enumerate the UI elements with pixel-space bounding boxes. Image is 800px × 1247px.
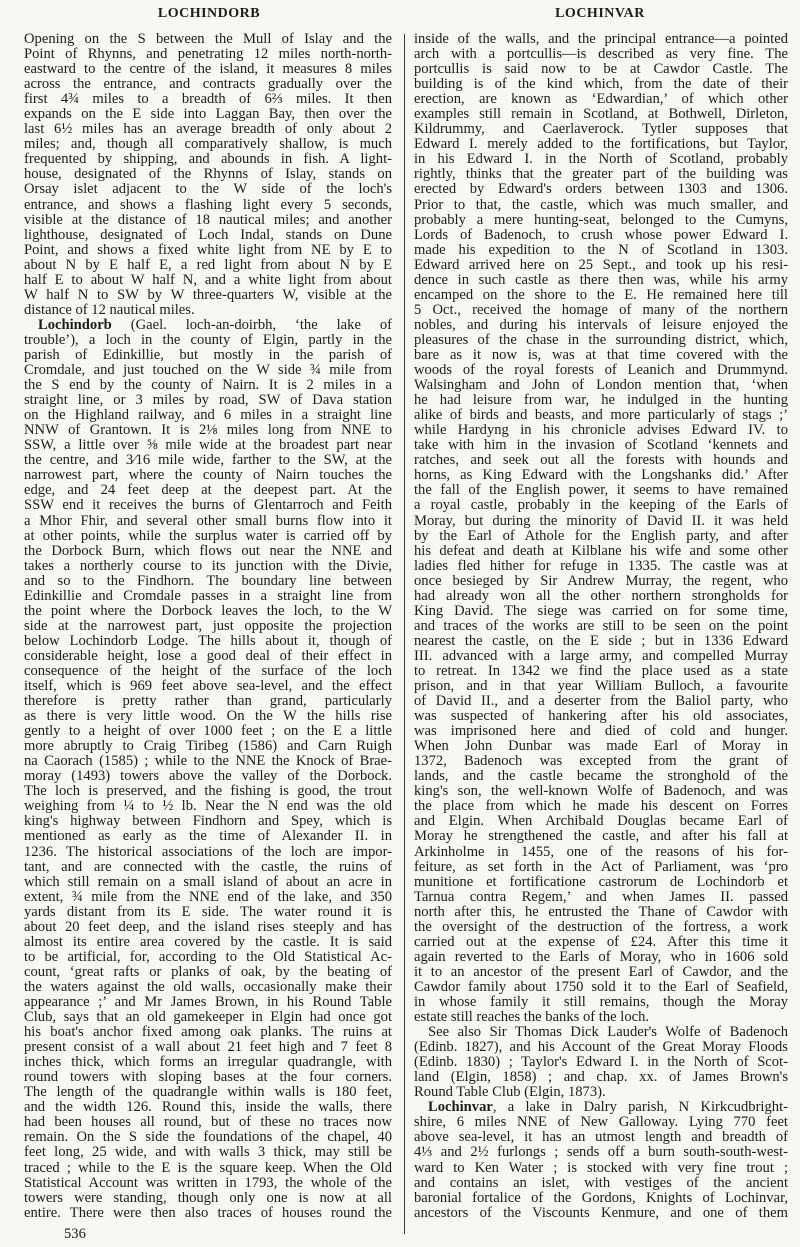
text-line: inside of the walls, and the principal e… [414, 32, 788, 47]
entry-headword: Lochindorb [38, 317, 112, 333]
text-line: on the Highland railway, and 6 miles in … [24, 408, 392, 423]
running-header-left: LOCHINDORB [24, 6, 394, 24]
text-line: Edinkillie and Cromdale passes in a stra… [24, 589, 392, 604]
text-line: about 20 feet deep, and the island rises… [24, 920, 392, 935]
text-line: and the width 126. Round this, inside th… [24, 1100, 392, 1115]
text-line: SSW end it receives the burns of Glentar… [24, 498, 392, 513]
text-line: Opening on the S between the Mull of Isl… [24, 32, 392, 47]
text-line: weighing from ¼ to ½ lb. Near the N end … [24, 799, 392, 814]
text-line: parish of Edinkillie, but mostly in the … [24, 348, 392, 363]
text-line: considerable height, lose a good deal of… [24, 649, 392, 664]
text-line: 5 Oct., received the homage of many of t… [414, 303, 788, 318]
text-line: Edward I. merely added to the fortificat… [414, 137, 788, 152]
text-line: King David. The siege was carried on for… [414, 604, 788, 619]
text-line: land (Elgin, 1858) ; and chap. xx. of Ja… [414, 1070, 788, 1085]
text-line: inches thick, which forms an irregular q… [24, 1055, 392, 1070]
right-text-column: inside of the walls, and the principal e… [414, 32, 788, 1221]
text-line: Lords of Badenoch, to crush whose power … [414, 228, 788, 243]
text-line: take with him in the invasion of Scotlan… [414, 438, 788, 453]
text-line: his defeat and death at Kilblane his wif… [414, 544, 788, 559]
running-header-right: LOCHINVAR [415, 6, 785, 24]
text-line: present consist of a wall about 21 feet … [24, 1040, 392, 1055]
text-line: remain. On the S side the foundations of… [24, 1130, 392, 1145]
text-line: III. advanced with a large army, and com… [414, 649, 788, 664]
text-line: of David II., and a deserter from the Ba… [414, 694, 788, 709]
text-line: appearance ;’ and Mr James Brown, in his… [24, 995, 392, 1010]
text-line: yards distant from its E side. The water… [24, 905, 392, 920]
text-line: na Caorach (1585) ; while to the NNE the… [24, 754, 392, 769]
text-line: the waters against the old walls, occasi… [24, 980, 392, 995]
text-line: Club, says that an old gamekeeper in Elg… [24, 1010, 392, 1025]
text-line: dence in such castle as there then was, … [414, 273, 788, 288]
text-line: was imprisoned here and died of cold and… [414, 724, 788, 739]
text-line: carried out at the expense of £24. After… [414, 935, 788, 950]
text-line: the fall of the English power, it seems … [414, 483, 788, 498]
text-line: takes a northerly course to its junction… [24, 559, 392, 574]
text-line: Statistical Account was written in 1793,… [24, 1176, 392, 1191]
text-line: edge, and 24 feet deep at the deepest pa… [24, 483, 392, 498]
text-line: shire, 6 miles NNE of New Galloway. Lyin… [414, 1115, 788, 1130]
text-line: woods of the royal forests of Leanich an… [414, 363, 788, 378]
text-line: it to an ancestor of the present Earl of… [414, 965, 788, 980]
text-line: The length of the quadrangle within wall… [24, 1085, 392, 1100]
text-line: had been houses all round, but of these … [24, 1115, 392, 1130]
text-line: Lochindorb (Gael. loch-an-doirbh, ‘the l… [24, 318, 392, 333]
left-text-column: Opening on the S between the Mull of Isl… [24, 32, 392, 1221]
text-line: Tarnua contra Regem,’ and when James II.… [414, 890, 788, 905]
text-line: 4⅓ and 2½ furlongs ; sends off a burn so… [414, 1145, 788, 1160]
text-line: miles; and, though all comparatively sha… [24, 137, 392, 152]
text-line: feet long, 25 wide, and with walls 3 thi… [24, 1145, 392, 1160]
text-line: Arkinholme in 1455, one of the reasons o… [414, 845, 788, 860]
text-line: made his expedition to the N of Scotland… [414, 243, 788, 258]
text-line: last 6½ miles has an average breadth of … [24, 122, 392, 137]
text-line: Prior to that, the castle, which was muc… [414, 198, 788, 213]
text-line: about N by E half E, a red light from ab… [24, 258, 392, 273]
text-line: and Elgin. When Archibald Douglas became… [414, 814, 788, 829]
text-line: round towers with sloping bases at the f… [24, 1070, 392, 1085]
encyclopedia-page: LOCHINDORB LOCHINVAR Opening on the S be… [0, 0, 800, 1247]
entry-headword: Lochinvar [428, 1099, 493, 1115]
text-line: ancestors of the Viscounts Kenmure, and … [414, 1206, 788, 1221]
text-line: frequented by shipping, and abounds in f… [24, 152, 392, 167]
text-line: 1236. The historical associations of the… [24, 845, 392, 860]
text-line: ratches, and seek out all the forests wi… [414, 453, 788, 468]
text-line: below Lochindorb Lodge. The hills about … [24, 634, 392, 649]
text-line: he had leisure from war, he indulged in … [414, 393, 788, 408]
text-line: visible at the distance of 18 nautical m… [24, 213, 392, 228]
text-line: nobles, and during his intervals of leis… [414, 318, 788, 333]
text-line: had already won all the other northern s… [414, 589, 788, 604]
text-line: (Edinb. 1827), and his Account of the Gr… [414, 1040, 788, 1055]
text-line: extent, ¾ mile from the NNE end of the l… [24, 890, 392, 905]
text-line: erection, are known as ‘Edwardian,’ of w… [414, 92, 788, 107]
text-line: portcullis is said now to be at Cawdor C… [414, 62, 788, 77]
text-line: the place from which he made his descent… [414, 799, 788, 814]
text-line: in whose family it still remains, though… [414, 995, 788, 1010]
text-line: and traces of the works are still to be … [414, 619, 788, 634]
text-line: while Hardyng in his chronicle advises E… [414, 423, 788, 438]
text-line: See also Sir Thomas Dick Lauder's Wolfe … [414, 1025, 788, 1040]
text-line: Point, and shows a fixed white light fro… [24, 243, 392, 258]
text-line: prison, and in that year William Bulloch… [414, 679, 788, 694]
text-line: to retreat. In 1342 we find the place us… [414, 664, 788, 679]
text-line: building is of the kind which, from the … [414, 77, 788, 92]
text-line: erected by Edward's orders between 1303 … [414, 182, 788, 197]
text-line: moray (1493) towers above the valley of … [24, 769, 392, 784]
text-line: trouble’), a loch in the county of Elgin… [24, 333, 392, 348]
text-line: almost its entire area covered by the ca… [24, 935, 392, 950]
text-line: half E to about W half N, and a white li… [24, 273, 392, 288]
text-line: itself, which is 969 feet above sea-leve… [24, 679, 392, 694]
text-line: once besieged by Sir Andrew Murray, the … [414, 574, 788, 589]
text-line: the Dorbock Burn, which flows out near t… [24, 544, 392, 559]
text-line: entrance, and shows a flashing light eve… [24, 198, 392, 213]
text-line: the S end by the county of Nairn. It is … [24, 378, 392, 393]
text-line: (Edinb. 1830) ; Taylor's Edward I. in th… [414, 1055, 788, 1070]
text-line: eastward to the centre of the island, it… [24, 62, 392, 77]
text-line: towers were standing, though only one is… [24, 1191, 392, 1206]
text-line: tant, and are connected with the castle,… [24, 860, 392, 875]
text-line: in his Edward I. in the North of Scotlan… [414, 152, 788, 167]
text-line: The loch is preserved, and the fishing i… [24, 784, 392, 799]
text-line: above sea-level, it has an utmost length… [414, 1130, 788, 1145]
text-line: arch with a portcullis—is described as v… [414, 47, 788, 62]
text-line: which still remain on a small island of … [24, 875, 392, 890]
text-line: therefore is pretty rather than grand, p… [24, 694, 392, 709]
text-line: king's highway between Findhorn and Spey… [24, 814, 392, 829]
text-line: horns, as King Edward with the Longshank… [414, 468, 788, 483]
text-line: consequence of the height of the surface… [24, 664, 392, 679]
text-line: munitione et fortificatione castrorum de… [414, 875, 788, 890]
text-line: Edward arrived here on 25 Sept., and too… [414, 258, 788, 273]
text-line: count, ‘great rafts or planks of oak, by… [24, 965, 392, 980]
text-line: Lochinvar, a lake in Dalry parish, N Kir… [414, 1100, 788, 1115]
text-line: mentioned as early as the time of Alexan… [24, 829, 392, 844]
text-line: rightly, thinks that the greater part of… [414, 167, 788, 182]
text-line: as there is very little wood. On the W t… [24, 709, 392, 724]
text-line: traced ; while to the E is the square ke… [24, 1161, 392, 1176]
text-line: Cromdale, and just touched on the W side… [24, 363, 392, 378]
text-line: Moray, but during the minority of David … [414, 514, 788, 529]
text-line: a royal castle, probably in the keeping … [414, 498, 788, 513]
text-line: Moray he strengthened the castle, and af… [414, 829, 788, 844]
text-line: by the Earl of Athole for the English pa… [414, 529, 788, 544]
text-line: estate still reaches the banks of the lo… [414, 1010, 788, 1025]
text-line: probably a mere hunting-seat, belonged t… [414, 213, 788, 228]
text-line: W half N to SW by W three-quarters W, vi… [24, 288, 392, 303]
text-line: SSW, a little over ⅝ mile wide at the br… [24, 438, 392, 453]
text-line: When John Dunbar was made Earl of Moray … [414, 739, 788, 754]
text-line: encamped on the shore to the E. He remai… [414, 288, 788, 303]
text-line: and so to the Findhorn. The boundary lin… [24, 574, 392, 589]
text-line: Round Table Club (Elgin, 1873). [414, 1085, 788, 1100]
text-line: side at the narrowest part, just opposit… [24, 619, 392, 634]
text-line: first 4¾ miles to a breadth of 6⅔ miles.… [24, 92, 392, 107]
text-line: ladies fled hither for refuge in 1335. T… [414, 559, 788, 574]
text-line: 1372, Badenoch was excepted from the gra… [414, 754, 788, 769]
text-line: lighthouse, designated of Loch Indal, st… [24, 228, 392, 243]
text-line: entire. There were then also traces of h… [24, 1206, 392, 1221]
text-line: distance of 12 nautical miles. [24, 303, 392, 318]
text-line: examples still remain in Scotland, at Bo… [414, 107, 788, 122]
text-line: and contains an islet, with vestiges of … [414, 1176, 788, 1191]
text-line: the oversight of the destruction of the … [414, 920, 788, 935]
text-line: was suspected of hankering after his old… [414, 709, 788, 724]
text-line: house, designated of the Rhynns of Islay… [24, 167, 392, 182]
text-line: Point of Rhynns, and penetrating 12 mile… [24, 47, 392, 62]
text-line: at other points, while the surplus water… [24, 529, 392, 544]
text-line: alike of birds and beasts, and more part… [414, 408, 788, 423]
text-line: Walsingham and John of London mention th… [414, 378, 788, 393]
text-line: expands on the E side into Laggan Bay, t… [24, 107, 392, 122]
text-line: again reverted to the Earls of Moray, wh… [414, 950, 788, 965]
text-line: north after this, he entrusted the Thane… [414, 905, 788, 920]
text-line: pleasures of the chase in the surroundin… [414, 333, 788, 348]
text-line: Orsay islet adjacent to the W side of th… [24, 182, 392, 197]
text-line: NNW of Grantown. It is 2⅛ miles long fro… [24, 423, 392, 438]
text-line: lands, and the castle became the strongh… [414, 769, 788, 784]
text-line: his boat's anchor fixed among oak planks… [24, 1025, 392, 1040]
text-line: bare as it now is, was at that time cove… [414, 348, 788, 363]
text-line: more abruptly to Craig Tiribeg (1586) an… [24, 739, 392, 754]
text-line: the point where the Dorbock leaves the l… [24, 604, 392, 619]
text-line: nearest the castle, on the E side ; but … [414, 634, 788, 649]
text-line: baronial fortalice of the Gordons, Knigh… [414, 1191, 788, 1206]
text-line: Kildrummy, and Caerlaverock. Tytler supp… [414, 122, 788, 137]
page-number: 536 [64, 1226, 86, 1243]
text-line: narrowest part, where the county of Nair… [24, 468, 392, 483]
text-line: straight line, or 3 miles by road, SW of… [24, 393, 392, 408]
text-line: a Mhor Fhir, and several other small bur… [24, 514, 392, 529]
text-line: feiture, as set forth in the Act of Parl… [414, 860, 788, 875]
text-line: king's son, the well-known Wolfe of Bade… [414, 784, 788, 799]
text-line: to be artificial, for, according to the … [24, 950, 392, 965]
text-line: Cawdor family about 1750 sold it to the … [414, 980, 788, 995]
text-line: the centre, and 3⁄16 mile wide, farther … [24, 453, 392, 468]
text-line: ward to Ken Water ; is stocked with very… [414, 1161, 788, 1176]
text-line: gently to a height of over 1000 feet ; o… [24, 724, 392, 739]
column-divider [404, 34, 405, 1234]
text-line: across the entrance, and contracts gradu… [24, 77, 392, 92]
